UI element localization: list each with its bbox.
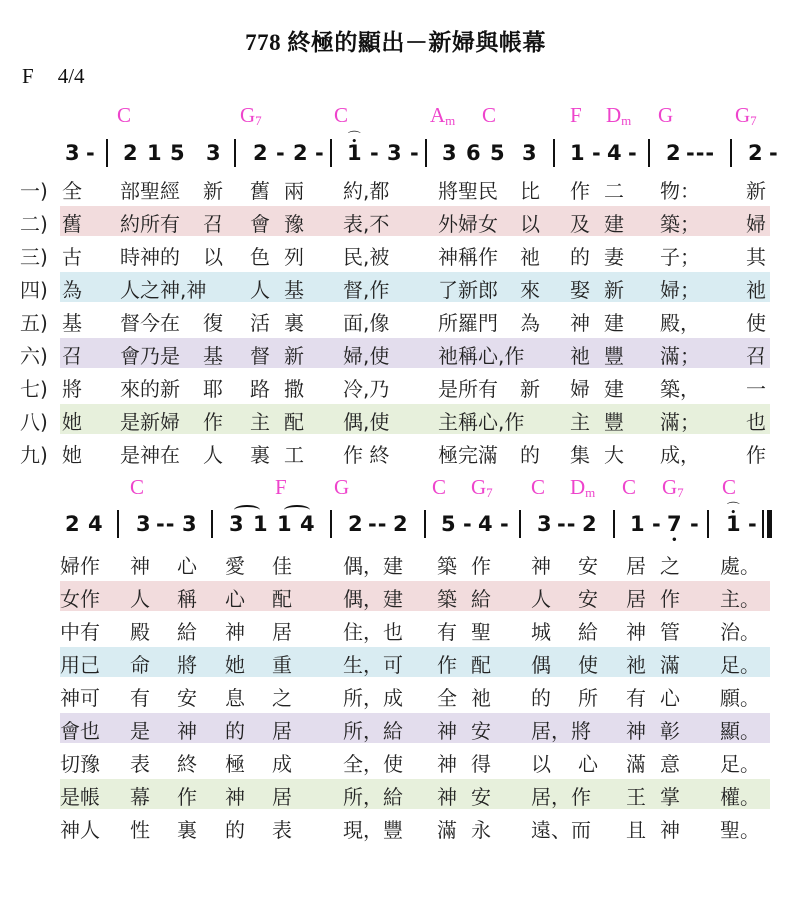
- refrain-line-2: 女作 人 稱 心 配 偶，建 築 給 人 安 居 作 主。: [0, 580, 791, 613]
- lyric: 的: [531, 682, 551, 711]
- lyric: 使: [746, 307, 766, 336]
- barline: [106, 139, 108, 167]
- note: 4: [88, 512, 103, 536]
- note: 2: [666, 141, 681, 165]
- lyric: 比: [520, 175, 540, 204]
- lyric: 神: [660, 814, 680, 843]
- lyric: 神: [177, 715, 197, 744]
- lyric: 偶，建: [343, 550, 403, 579]
- barline: [330, 139, 332, 167]
- note: 2: [582, 512, 597, 536]
- chord: C: [531, 475, 545, 501]
- lyric: 處。: [720, 550, 760, 579]
- lyric: 人之神,神: [120, 274, 206, 303]
- barline: [519, 510, 521, 538]
- barline: [117, 510, 119, 538]
- high-octave-dot: •: [730, 508, 736, 518]
- final-barline-thin: [762, 510, 764, 538]
- lyric: 將: [177, 649, 197, 678]
- note: 5: [490, 141, 505, 165]
- chord: F: [570, 103, 582, 129]
- barline: [211, 510, 213, 538]
- lyric: 她: [62, 406, 82, 435]
- lyric: 主: [570, 406, 590, 435]
- refrain-line-4: 用己 命 將 她 重 生，可 作 配 偶 使 祂 滿 足。: [0, 646, 791, 679]
- lyric: 所羅門: [438, 307, 498, 336]
- lyric: 作: [746, 439, 766, 468]
- verse-number: 五): [20, 307, 48, 336]
- lyric: 面,像: [343, 307, 389, 336]
- lyric: 安: [578, 583, 598, 612]
- lyric: 安: [471, 781, 491, 810]
- verse-line-4: 四) 為 人之神,神 人 基 督,作 了新郎 來 娶 新 婦； 祂: [0, 271, 791, 304]
- lyric: 聖: [471, 616, 491, 645]
- lyric: 女作: [60, 583, 100, 612]
- lyric: 命: [130, 649, 150, 678]
- lyric: 耶: [203, 373, 223, 402]
- lyric: 婦；: [660, 274, 700, 303]
- lyric: 給: [177, 616, 197, 645]
- lyric: 建: [604, 373, 624, 402]
- note: 2: [393, 512, 408, 536]
- lyric: 用己: [60, 649, 100, 678]
- dash: -: [652, 512, 661, 536]
- lyric: 豐: [604, 406, 624, 435]
- chord: C: [334, 103, 348, 129]
- verse-line-3: 三) 古 時神的 以 色 列 民,被 神稱作 祂 的 妻 子； 其: [0, 238, 791, 271]
- lyric: 表: [130, 748, 150, 777]
- dash: -: [628, 141, 637, 165]
- lyric: 冷,乃: [343, 373, 389, 402]
- lyric: 顯。: [720, 715, 760, 744]
- lyric: 神: [225, 616, 245, 645]
- lyric: 偶，建: [343, 583, 403, 612]
- lyric: 督: [250, 340, 270, 369]
- lyric: 約,都: [343, 175, 389, 204]
- dash: -: [463, 512, 472, 536]
- note-with-fermata: 1⌒•: [726, 512, 741, 536]
- lyric: 足。: [720, 649, 760, 678]
- lyric: 神: [531, 550, 551, 579]
- lyric: 滿；: [660, 340, 700, 369]
- chord: G: [334, 475, 349, 501]
- lyric: 路: [250, 373, 270, 402]
- system1-notes: 3 - 2 1 5 3 2 - 2 - 1⌒• - 3 - 3 6 5 3 1 …: [0, 141, 791, 175]
- lyric: 為: [62, 274, 82, 303]
- lyric: 管: [660, 616, 680, 645]
- lyric: 生，可: [343, 649, 403, 678]
- lyric: 極完滿: [438, 439, 498, 468]
- lyric: 來: [520, 274, 540, 303]
- lyric: 且: [626, 814, 646, 843]
- lyric: 居: [626, 583, 646, 612]
- refrain-line-7: 切豫 表 終 極 成 全，使 神 得 以 心 滿 意 足。: [0, 745, 791, 778]
- lyric: 全: [62, 175, 82, 204]
- note: 3: [182, 512, 197, 536]
- lyric: 築；: [660, 208, 700, 237]
- note: 4: [300, 512, 315, 536]
- barline: [707, 510, 709, 538]
- note: 3: [65, 141, 80, 165]
- note: 2: [748, 141, 763, 165]
- lyric: 撒: [284, 373, 304, 402]
- lyric: 作: [471, 550, 491, 579]
- chord: Dm: [570, 475, 595, 501]
- lyric: 神可: [60, 682, 100, 711]
- lyric: 督今在: [120, 307, 180, 336]
- lyric: 祂: [520, 241, 540, 270]
- dash: -: [276, 141, 285, 165]
- lyric: 給: [471, 583, 491, 612]
- lyric: 居: [272, 781, 292, 810]
- lyric: 一: [746, 373, 766, 402]
- lyric: 裏: [284, 307, 304, 336]
- lyric: 人: [130, 583, 150, 612]
- lyric: 部聖經: [120, 175, 180, 204]
- dash: -: [592, 141, 601, 165]
- lyric: 安: [471, 715, 491, 744]
- lyric: 安: [578, 550, 598, 579]
- lyric: 為: [520, 307, 540, 336]
- verse-number: 八): [20, 406, 48, 435]
- chord: G7: [240, 103, 262, 129]
- chord: C: [130, 475, 144, 501]
- dash: --: [368, 512, 387, 536]
- note: 3: [537, 512, 552, 536]
- barline: [425, 139, 427, 167]
- note: 1: [277, 512, 292, 536]
- system2-notes: 2 4 3 -- 3 3 1 1 4 2 -- 2 5 - 4 - 3 -- 2…: [0, 512, 791, 546]
- lyric: 基: [284, 274, 304, 303]
- dash: -: [769, 141, 778, 165]
- note: 1: [630, 512, 645, 536]
- lyric: 裏: [250, 439, 270, 468]
- lyric: 集: [570, 439, 590, 468]
- lyric: 兩: [284, 175, 304, 204]
- lyric: 幕: [130, 781, 150, 810]
- note: 4: [478, 512, 493, 536]
- lyric: 召: [203, 208, 223, 237]
- note: 3: [229, 512, 244, 536]
- lyric: 人: [203, 439, 223, 468]
- lyric: 滿: [437, 814, 457, 843]
- refrain-line-5: 神可 有 安 息 之 所，成 全 祂 的 所 有 心 願。: [0, 679, 791, 712]
- lyric: 現，豐: [343, 814, 403, 843]
- lyric: 新: [746, 175, 766, 204]
- lyric: 召: [62, 340, 82, 369]
- lyric: 居: [626, 550, 646, 579]
- lyric: 築，: [660, 373, 700, 402]
- refrain-line-3: 中有 殿 給 神 居 住，也 有 聖 城 給 神 管 治。: [0, 613, 791, 646]
- lyric: 主稱心,作: [438, 406, 524, 435]
- lyric: 神人: [60, 814, 100, 843]
- chord: C: [622, 475, 636, 501]
- system2-chords: C F G C G7 C Dm C G7 C: [0, 475, 791, 501]
- lyric: 神: [570, 307, 590, 336]
- lyric: 給: [578, 616, 598, 645]
- lyric: 作 終: [343, 439, 389, 468]
- lyric: 將: [62, 373, 82, 402]
- lyric: 以: [531, 748, 551, 777]
- dash: -: [315, 141, 324, 165]
- lyric: 極: [225, 748, 245, 777]
- lyric: 住，也: [343, 616, 403, 645]
- note: 2: [253, 141, 268, 165]
- lyric: 權。: [720, 781, 760, 810]
- lyric: 活: [250, 307, 270, 336]
- lyric: 使: [578, 649, 598, 678]
- lyric: 民,被: [343, 241, 389, 270]
- dash: -: [370, 141, 379, 165]
- lyric: 及: [570, 208, 590, 237]
- lyric: 全: [437, 682, 457, 711]
- lyric: 切豫: [60, 748, 100, 777]
- lyric: 其: [746, 241, 766, 270]
- lyric: 有: [437, 616, 457, 645]
- lyric: 愛: [225, 550, 245, 579]
- lyric: 性: [130, 814, 150, 843]
- lyric: 表: [272, 814, 292, 843]
- final-barline-thick: [767, 510, 772, 538]
- lyric: 列: [284, 241, 304, 270]
- chord: C: [482, 103, 496, 129]
- barline: [553, 139, 555, 167]
- lyric: 神: [225, 781, 245, 810]
- lyric: 神: [437, 781, 457, 810]
- lyric: 城: [531, 616, 551, 645]
- system1-chords: C G7 C Am C F Dm G G7: [0, 103, 791, 129]
- lyric: 新: [520, 373, 540, 402]
- refrain-line-6: 會也 是 神 的 居 所，給 神 安 居，將 神 彰 顯。: [0, 712, 791, 745]
- lyric: 工: [284, 439, 304, 468]
- lyric: 願。: [720, 682, 760, 711]
- lyric: 殿: [130, 616, 150, 645]
- lyric: 安: [177, 682, 197, 711]
- lyric: 居，作: [531, 781, 591, 810]
- dash: -: [500, 512, 509, 536]
- lyric: 二: [604, 175, 624, 204]
- chord: Am: [430, 103, 455, 129]
- verse-number: 四): [20, 274, 48, 303]
- lyric: 將聖民: [438, 175, 498, 204]
- high-octave-dot: •: [351, 137, 357, 147]
- chord: G7: [471, 475, 493, 501]
- lyric: 心: [225, 583, 245, 612]
- lyric: 的: [520, 439, 540, 468]
- lyric: 新: [203, 175, 223, 204]
- lyric: 時神的: [120, 241, 180, 270]
- lyric: 神: [626, 715, 646, 744]
- lyric: 聖。: [720, 814, 760, 843]
- lyric: 中有: [60, 616, 100, 645]
- lyric: 以: [520, 208, 540, 237]
- lyric: 作: [437, 649, 457, 678]
- chord: G7: [735, 103, 757, 129]
- lyric: 神: [437, 748, 457, 777]
- note-with-fermata: 1⌒•: [347, 141, 362, 165]
- lyric: 物：: [660, 175, 700, 204]
- lyric: 祂: [471, 682, 491, 711]
- lyric: 佳: [272, 550, 292, 579]
- lyric: 約所有: [120, 208, 180, 237]
- note: 1: [253, 512, 268, 536]
- lyric: 滿: [660, 649, 680, 678]
- note: 5: [441, 512, 456, 536]
- lyric: 居: [272, 616, 292, 645]
- lyric: 也: [746, 406, 766, 435]
- lyric: 舊: [250, 175, 270, 204]
- lyric: 築: [437, 583, 457, 612]
- verse-line-7: 七) 將 來的新 耶 路 撒 冷,乃 是所有 新 婦 建 築， 一: [0, 370, 791, 403]
- lyric: 會也: [60, 715, 100, 744]
- lyric: 建: [604, 208, 624, 237]
- key-signature: F4/4: [22, 64, 109, 89]
- lyric: 了新郎: [438, 274, 498, 303]
- lyric: 滿；: [660, 406, 700, 435]
- lyric: 神稱作: [438, 241, 498, 270]
- verse-number: 三): [20, 241, 48, 270]
- lyric: 人: [250, 274, 270, 303]
- lyric: 稱: [177, 583, 197, 612]
- lyric: 心: [177, 550, 197, 579]
- lyric: 成: [272, 748, 292, 777]
- chord: Dm: [606, 103, 631, 129]
- lyric: 的: [225, 715, 245, 744]
- lyric: 會乃是: [120, 340, 180, 369]
- lyric: 基: [203, 340, 223, 369]
- lyric: 是: [130, 715, 150, 744]
- dash: -: [86, 141, 95, 165]
- lyric: 她: [62, 439, 82, 468]
- chord: G: [658, 103, 673, 129]
- low-octave-dot: •: [671, 535, 677, 546]
- verse-number: 二): [20, 208, 48, 237]
- lyric: 舊: [62, 208, 82, 237]
- note-low-octave: 7•: [667, 512, 682, 536]
- lyric: 重: [272, 649, 292, 678]
- chord: G7: [662, 475, 684, 501]
- lyric: 是帳: [60, 781, 100, 810]
- lyric: 婦作: [60, 550, 100, 579]
- lyric: 王: [626, 781, 646, 810]
- lyric: 召: [746, 340, 766, 369]
- note: 1: [570, 141, 585, 165]
- lyric: 會: [250, 208, 270, 237]
- verse-line-9: 九) 她 是神在 人 裏 工 作 終 極完滿 的 集 大 成， 作: [0, 436, 791, 469]
- verse-number: 七): [20, 373, 48, 402]
- verse-line-5: 五) 基 督今在 復 活 裏 面,像 所羅門 為 神 建 殿， 使: [0, 304, 791, 337]
- lyric: 復: [203, 307, 223, 336]
- note: 2: [123, 141, 138, 165]
- note: 3: [522, 141, 537, 165]
- lyric: 大: [604, 439, 624, 468]
- lyric: 妻: [604, 241, 624, 270]
- lyric: 是所有: [438, 373, 498, 402]
- verse-number: 六): [20, 340, 48, 369]
- lyric: 新: [604, 274, 624, 303]
- lyric: 之: [660, 550, 680, 579]
- lyric: 人: [531, 583, 551, 612]
- lyric: 心: [660, 682, 680, 711]
- lyric: 裏: [177, 814, 197, 843]
- lyric: 主。: [720, 583, 760, 612]
- lyric: 偶: [531, 649, 551, 678]
- lyric: 的: [570, 241, 590, 270]
- verse-line-6: 六) 召 會乃是 基 督 新 婦,使 祂稱心,作 祂 豐 滿； 召: [0, 337, 791, 370]
- lyric: 作: [660, 583, 680, 612]
- lyric: 娶: [570, 274, 590, 303]
- note: 3: [136, 512, 151, 536]
- lyric: 成，: [660, 439, 700, 468]
- lyric: 婦,使: [343, 340, 389, 369]
- lyric: 子；: [660, 241, 700, 270]
- lyric: 的: [225, 814, 245, 843]
- lyric: 所，成: [343, 682, 403, 711]
- dash: -: [690, 512, 699, 536]
- lyric: 是新婦: [120, 406, 180, 435]
- lyric: 色: [250, 241, 270, 270]
- lyric: 主: [250, 406, 270, 435]
- lyric: 得: [471, 748, 491, 777]
- lyric: 豫: [284, 208, 304, 237]
- lyric: 建: [604, 307, 624, 336]
- time-signature: 4/4: [58, 64, 85, 88]
- chord: F: [275, 475, 287, 501]
- note: 6: [466, 141, 481, 165]
- key: F: [22, 64, 34, 88]
- lyric: 祂: [626, 649, 646, 678]
- note: 2: [348, 512, 363, 536]
- refrain-line-8: 是帳 幕 作 神 居 所，給 神 安 居，作 王 掌 權。: [0, 778, 791, 811]
- barline: [730, 139, 732, 167]
- lyric: 神: [437, 715, 457, 744]
- lyric: 豐: [604, 340, 624, 369]
- dash: -: [410, 141, 419, 165]
- chord: C: [117, 103, 131, 129]
- lyric: 表,不: [343, 208, 389, 237]
- dash: -: [748, 512, 757, 536]
- verse-line-2: 二) 舊 約所有 召 會 豫 表,不 外婦女 以 及 建 築； 婦: [0, 205, 791, 238]
- dash: --: [156, 512, 175, 536]
- dash: --: [557, 512, 576, 536]
- lyric: 居，將: [531, 715, 591, 744]
- lyric: 之: [272, 682, 292, 711]
- lyric: 配: [272, 583, 292, 612]
- verse-line-1: 一) 全 部聖經 新 舊 兩 約,都 將聖民 比 作 二 物： 新: [0, 172, 791, 205]
- lyric: 督,作: [343, 274, 389, 303]
- lyric: 所，給: [343, 715, 403, 744]
- lyric: 祂: [570, 340, 590, 369]
- verse-number: 一): [20, 175, 48, 204]
- lyric: 殿，: [660, 307, 700, 336]
- chord: C: [432, 475, 446, 501]
- dash: ---: [686, 141, 715, 165]
- note: 3: [206, 141, 221, 165]
- lyric: 治。: [720, 616, 760, 645]
- lyric: 息: [225, 682, 245, 711]
- lyric: 居: [272, 715, 292, 744]
- lyric: 祂稱心,作: [438, 340, 524, 369]
- refrain-line-1: 婦作 神 心 愛 佳 偶，建 築 作 神 安 居 之 處。: [0, 547, 791, 580]
- verse-number: 九): [20, 439, 48, 468]
- lyric: 神: [130, 550, 150, 579]
- lyric: 古: [62, 241, 82, 270]
- lyric: 終: [177, 748, 197, 777]
- lyric: 神: [626, 616, 646, 645]
- lyric: 配: [471, 649, 491, 678]
- lyric: 祂: [746, 274, 766, 303]
- lyric: 配: [284, 406, 304, 435]
